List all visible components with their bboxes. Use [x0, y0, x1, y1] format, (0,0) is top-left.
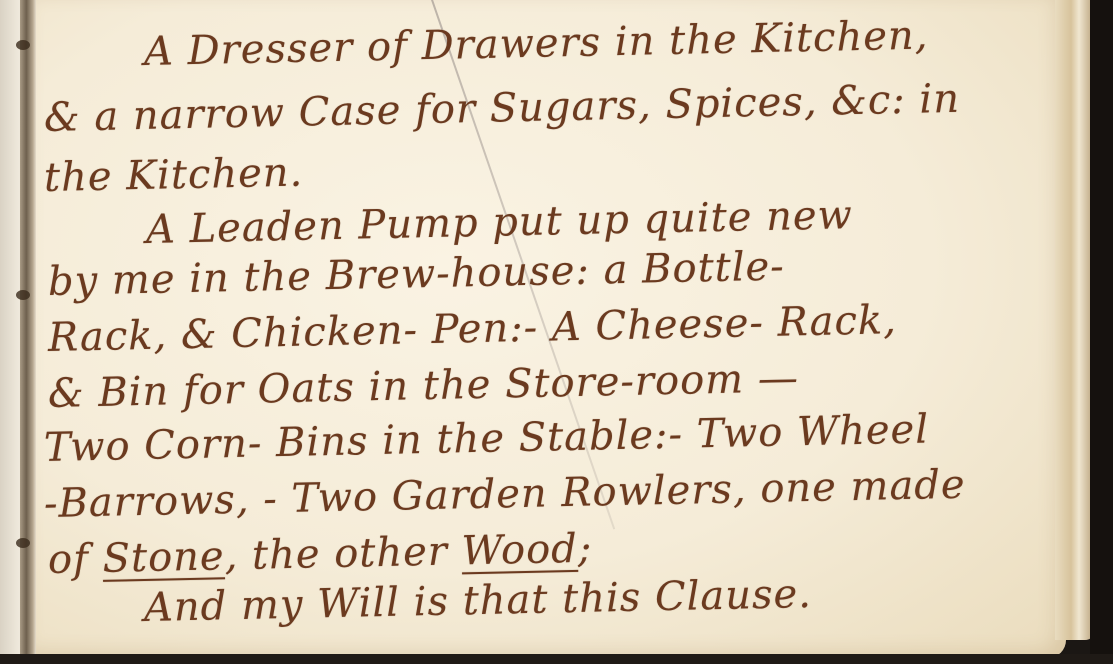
text-line-3: the Kitchen. — [44, 153, 304, 198]
manuscript-photo: A Dresser of Drawers in the Kitchen, & a… — [0, 0, 1113, 664]
binding-stitch — [16, 40, 30, 50]
text-line-4: A Leaden Pump put up quite new — [146, 195, 854, 250]
text-line-10: of Stone, the other Wood; — [48, 529, 593, 580]
underlined-word-stone: Stone — [102, 533, 225, 582]
word-the-other: , the other — [224, 529, 448, 580]
book-gutter — [20, 0, 36, 664]
text-line-2: & a narrow Case for Sugars, Spices, &c: … — [44, 79, 961, 138]
text-line-11: And my Will is that this Clause. — [144, 574, 813, 628]
text-line-6: Rack, & Chicken- Pen:- A Cheese- Rack, — [48, 300, 898, 358]
book-cover — [1090, 0, 1113, 664]
manuscript-page: A Dresser of Drawers in the Kitchen, & a… — [36, 0, 1066, 658]
page-edges — [1055, 0, 1095, 640]
bottom-shadow — [0, 654, 1113, 664]
semicolon: ; — [577, 526, 592, 572]
text-line-8: Two Corn- Bins in the Stable:- Two Wheel — [44, 409, 930, 468]
word-of: of — [48, 536, 90, 583]
underlined-word-wood: Wood — [461, 526, 578, 574]
text-line-9: -Barrows, - Two Garden Rowlers, one made — [44, 465, 966, 524]
text-line-5: by me in the Brew-house: a Bottle- — [48, 247, 786, 302]
binding-stitch — [16, 538, 30, 548]
text-line-1: A Dresser of Drawers in the Kitchen, — [144, 16, 929, 72]
text-line-7: & Bin for Oats in the Store-room — — [48, 358, 800, 414]
binding-stitch — [16, 290, 30, 300]
